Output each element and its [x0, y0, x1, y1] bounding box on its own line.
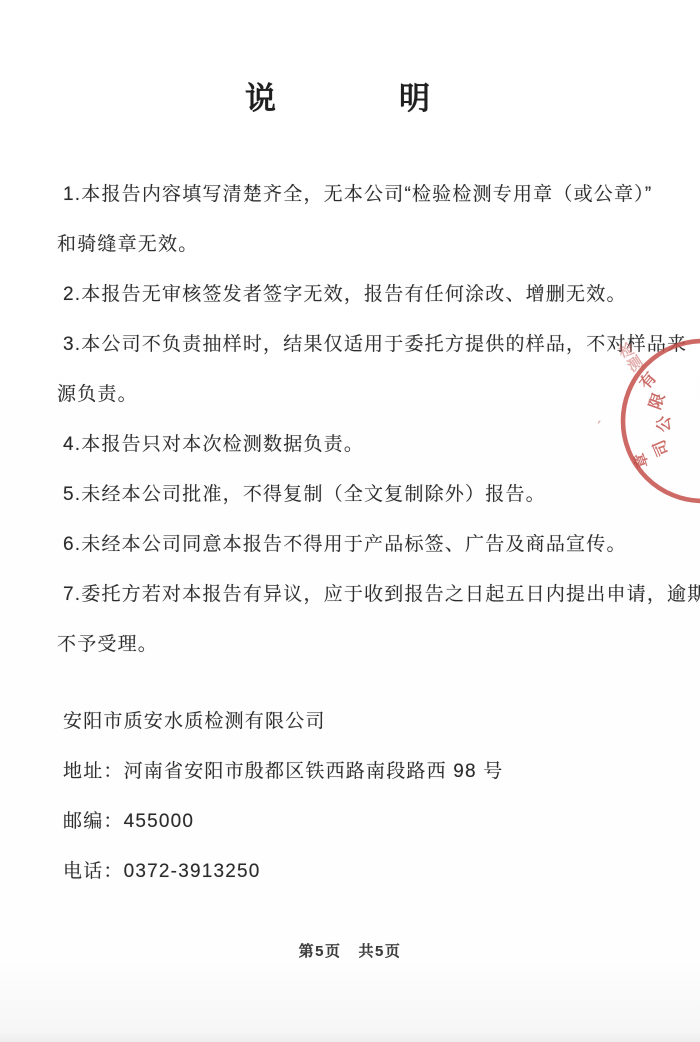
notes-item-2-line-1: 2.本报告无审核签发者签字无效，报告有任何涂改、增删无效。 [57, 270, 680, 320]
company-name: 安阳市质安水质检测有限公司 [57, 697, 680, 747]
notes-item-4-line-1: 4.本报告只对本次检测数据负责。 [57, 420, 680, 470]
page-title-char-left: 说 [245, 73, 277, 118]
notes-item-1-line-2: 和骑缝章无效。 [57, 220, 680, 270]
page-title-char-right: 明 [399, 73, 431, 118]
notes-item-1-line-1: 1.本报告内容填写清楚齐全，无本公司“检验检测专用章（或公章）” [57, 170, 680, 220]
page-title: 说 明 [0, 70, 676, 120]
contact-block: 安阳市质安水质检测有限公司 地址：河南省安阳市殷都区铁西路南段路西 98 号 邮… [57, 697, 680, 897]
notes-item-3-line-1: 3.本公司不负责抽样时，结果仅适用于委托方提供的样品，不对样品来 [57, 320, 680, 370]
phone-line: 电话：0372-3913250 [57, 847, 680, 897]
notes-item-7-line-2: 不予受理。 [57, 620, 680, 670]
page-number-footer: 第5页 共5页 [0, 928, 700, 972]
page-current-label: 第5页 [299, 940, 342, 961]
report-notes-page: 说 明 1.本报告内容填写清楚齐全，无本公司“检验检测专用章（或公章）” 和骑缝… [0, 0, 700, 1042]
notes-item-5-line-1: 5.未经本公司批准，不得复制（全文复制除外）报告。 [57, 470, 680, 520]
notes-item-3-line-2: 源负责。 [57, 370, 680, 420]
notes-list: 1.本报告内容填写清楚齐全，无本公司“检验检测专用章（或公章）” 和骑缝章无效。… [57, 170, 680, 670]
page-total-label: 共5页 [359, 940, 402, 961]
notes-item-7-line-1: 7.委托方若对本报告有异议，应于收到报告之日起五日内提出申请，逾期 [57, 570, 680, 620]
postal-code-line: 邮编：455000 [57, 797, 680, 847]
notes-item-6-line-1: 6.未经本公司同意本报告不得用于产品标签、广告及商品宣传。 [57, 520, 680, 570]
address-line: 地址：河南省安阳市殷都区铁西路南段路西 98 号 [57, 747, 680, 797]
